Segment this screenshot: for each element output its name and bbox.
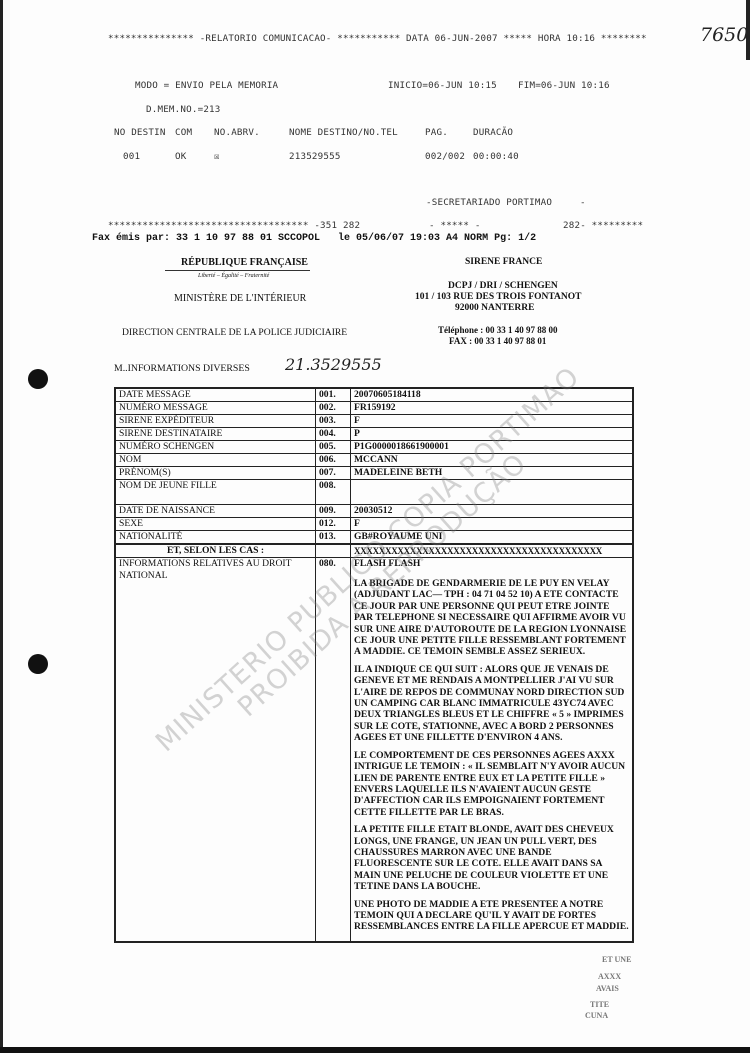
field-label: DATE MESSAGE [115,388,316,402]
scan-edge-left [0,0,3,1053]
field-code: 004. [316,428,351,441]
field-label: NUMÉRO SCHENGEN [115,441,316,454]
field-label: SEXE [115,518,316,531]
field-label: DATE DE NAISSANCE [115,505,316,518]
col-nome-destino: NOME DESTINO/NO.TEL [289,127,398,138]
droit-narrative: FLASH FLASHLA BRIGADE DE GENDARMERIE DE … [351,558,634,942]
field-code: 005. [316,441,351,454]
selon-label: ET, SELON LES CAS : [115,544,316,558]
table-row: NUMÉRO SCHENGEN005.P1G0000018661900001 [115,441,633,454]
table-row: SIRENE EXPÉDITEUR003.F [115,415,633,428]
field-code: 008. [316,480,351,505]
direction-name: DIRECTION CENTRALE DE LA POLICE JUDICIAI… [122,327,347,338]
col-pag: PAG. [425,127,448,138]
report-end: FIM=06-JUN 10:16 [518,80,610,91]
table-row: NOM DE JEUNE FILLE008. [115,480,633,505]
field-label: NATIONALITÉ [115,531,316,545]
report-start: INICIO=06-JUN 10:15 [388,80,497,91]
row-com: OK [175,151,186,162]
field-label: SIRENE DESTINATAIRE [115,428,316,441]
col-duracao: DURACÃO [473,127,513,138]
table-row: SIRENE DESTINATAIRE004.P [115,428,633,441]
row-tel: 213529555 [289,151,341,162]
narrative-paragraph: LE COMPORTEMENT DE CES PERSONNES AGEES A… [354,750,629,818]
field-code: 006. [316,454,351,467]
scan-edge-bottom [0,1047,750,1053]
report-mem-no: D.MEM.NO.=213 [146,104,221,115]
table-row: NOM006.MCCANN [115,454,633,467]
unit-phone: Téléphone : 00 33 1 40 97 88 00 [438,325,558,335]
report-header-line: *************** -RELATORIO COMUNICACAO- … [108,33,647,44]
handwritten-phone: 21.3529555 [285,355,382,374]
bleed-text: CUNA [585,1011,608,1020]
schengen-form-table: DATE MESSAGE001.20070605184118NUMÉRO MES… [114,387,634,943]
selon-code [316,544,351,558]
stars-line-mid: - ***** - [429,220,481,231]
report-mode: MODO = ENVIO PELA MEMORIA [135,80,278,91]
field-label: NOM DE JEUNE FILLE [115,480,316,505]
table-row: DATE DE NAISSANCE009.20030512 [115,505,633,518]
table-row: PRÉNOM(S)007.MADELEINE BETH [115,467,633,480]
unit-address: 101 / 103 RUE DES TROIS FONTANOT [415,292,581,302]
report-sender-dash: - [580,197,586,208]
field-label: PRÉNOM(S) [115,467,316,480]
field-code: 001. [316,388,351,402]
row-pag: 002/002 [425,151,465,162]
narrative-paragraph: LA PETITE FILLE ETAIT BLONDE, AVAIT DES … [354,824,629,892]
fax-emitted-by: Fax émis par: 33 1 10 97 88 01 SCCOPOL l… [92,233,536,244]
bleed-text: TITE [590,1000,609,1009]
row-destin: 001 [123,151,140,162]
row-abrv: ☒ [214,151,220,162]
field-code: 013. [316,531,351,545]
field-label: NUMÉRO MESSAGE [115,402,316,415]
ministry-name: MINISTÈRE DE L'INTÉRIEUR [174,293,306,304]
row-duracao: 00:00:40 [473,151,519,162]
form-title: M..INFORMATIONS DIVERSES [114,363,250,374]
field-code: 012. [316,518,351,531]
punch-hole-top [28,369,48,389]
field-code: 007. [316,467,351,480]
narrative-paragraph: UNE PHOTO DE MADDIE A ETE PRESENTEE A NO… [354,899,629,933]
unit-city: 92000 NANTERRE [455,303,534,313]
field-code: 002. [316,402,351,415]
republic-title: RÉPUBLIQUE FRANÇAISE [181,257,308,268]
republic-underline [165,270,310,271]
field-value: 20070605184118 [351,388,634,402]
field-label: NOM [115,454,316,467]
republic-motto: Liberté – Égalité – Fraternité [198,273,269,279]
table-row-droit-national: INFORMATIONS RELATIVES AU DROIT NATIONAL… [115,558,633,942]
punch-hole-bottom [28,654,48,674]
field-label: SIRENE EXPÉDITEUR [115,415,316,428]
bleed-text: ET UNE [602,955,631,964]
field-value: FR159192 [351,402,634,415]
stars-line-left: *********************************** -351… [108,220,360,231]
unit-name: DCPJ / DRI / SCHENGEN [448,281,558,291]
narrative-paragraph: IL A INDIQUE CE QUI SUIT : ALORS QUE JE … [354,664,629,744]
col-com: COM [175,127,192,138]
table-row: SEXE012.F [115,518,633,531]
col-no-destin: NO DESTIN [114,127,166,138]
unit-fax: FAX : 00 33 1 40 97 88 01 [449,336,546,346]
handwritten-page-number: 7650 [700,24,748,46]
stars-line-right: 282- ********* [563,220,643,231]
sirene-title: SIRENE FRANCE [465,257,542,267]
field-code: 009. [316,505,351,518]
field-code: 003. [316,415,351,428]
bleed-text: AXXX [598,972,621,981]
col-no-abrv: NO.ABRV. [214,127,260,138]
bleed-text: AVAIS [596,984,619,993]
fax-page: *************** -RELATORIO COMUNICACAO- … [0,0,750,1053]
report-sender: -SECRETARIADO PORTIMAO [426,197,552,208]
